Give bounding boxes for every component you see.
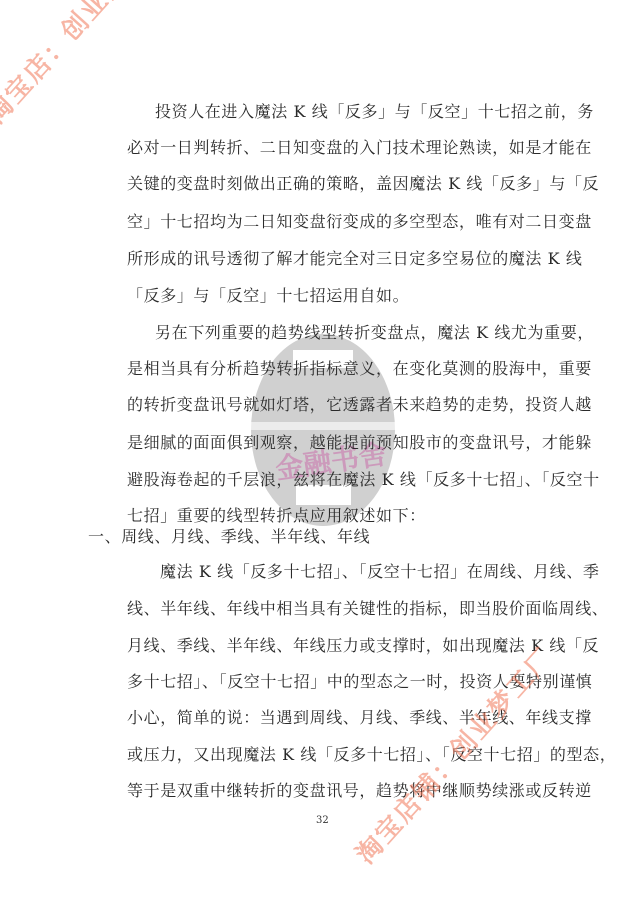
text-line: 魔法 K 线「反多十七招」、「反空十七招」在周线、月线、季 [160,562,600,582]
text-line: 线、半年线、年线中相当具有关键性的指标，即当股价面临周线、 [127,599,608,619]
text-line: 投资人在进入魔法 K 线「反多」与「反空」十七招之前，务 [155,102,594,122]
text-line: 等于是双重中继转折的变盘讯号，趋势将中继顺势续涨或反转逆 [127,781,592,801]
text-line: 空」十七招均为二日知变盘衍变成的多空型态，唯有对二日变盘 [127,212,592,232]
text-line: 所形成的讯号透彻了解才能完全对三日定多空易位的魔法 K 线 [127,249,583,269]
text-line: 是相当具有分析趋势转折指标意义，在变化莫测的股海中，重要 [127,359,592,379]
text-line: 是细腻的面面俱到观察，越能提前预知股市的变盘讯号，才能躲 [127,433,592,453]
text-line: 七招」重要的线型转折点应用叙述如下： [127,506,426,526]
shop-watermark-top-left: 淘宝店：创业梦工厂 [0,0,172,131]
text-line: 「反多」与「反空」十七招运用自如。 [127,286,409,306]
text-line: 的转折变盘讯号就如灯塔，它透露者未来趋势的走势，投资人越 [127,395,592,415]
text-line: 一、周线、月线、季线、半年线、年线 [88,527,370,547]
document-page: 金融书舍 投资人在进入魔法 K 线「反多」与「反空」十七招之前，务必对一日判转折… [0,0,640,905]
text-line: 避股海卷起的千层浪，兹将在魔法 K 线「反多十七招」、「反空十 [127,470,600,490]
text-line: 另在下列重要的趋势线型转折变盘点，魔法 K 线尤为重要， [155,323,594,343]
page-number: 32 [316,815,329,826]
text-line: 必对一日判转折、二日知变盘的入门技术理论熟读，如是才能在 [127,138,592,158]
text-line: 关键的变盘时刻做出正确的策略，盖因魔法 K 线「反多」与「反 [127,174,599,194]
text-line: 小心，简单的说：当遇到周线、月线、季线、半年线、年线支撑 [127,708,592,728]
text-line: 或压力，又出现魔法 K 线「反多十七招」、「反空十七招」的型态， [127,745,616,765]
